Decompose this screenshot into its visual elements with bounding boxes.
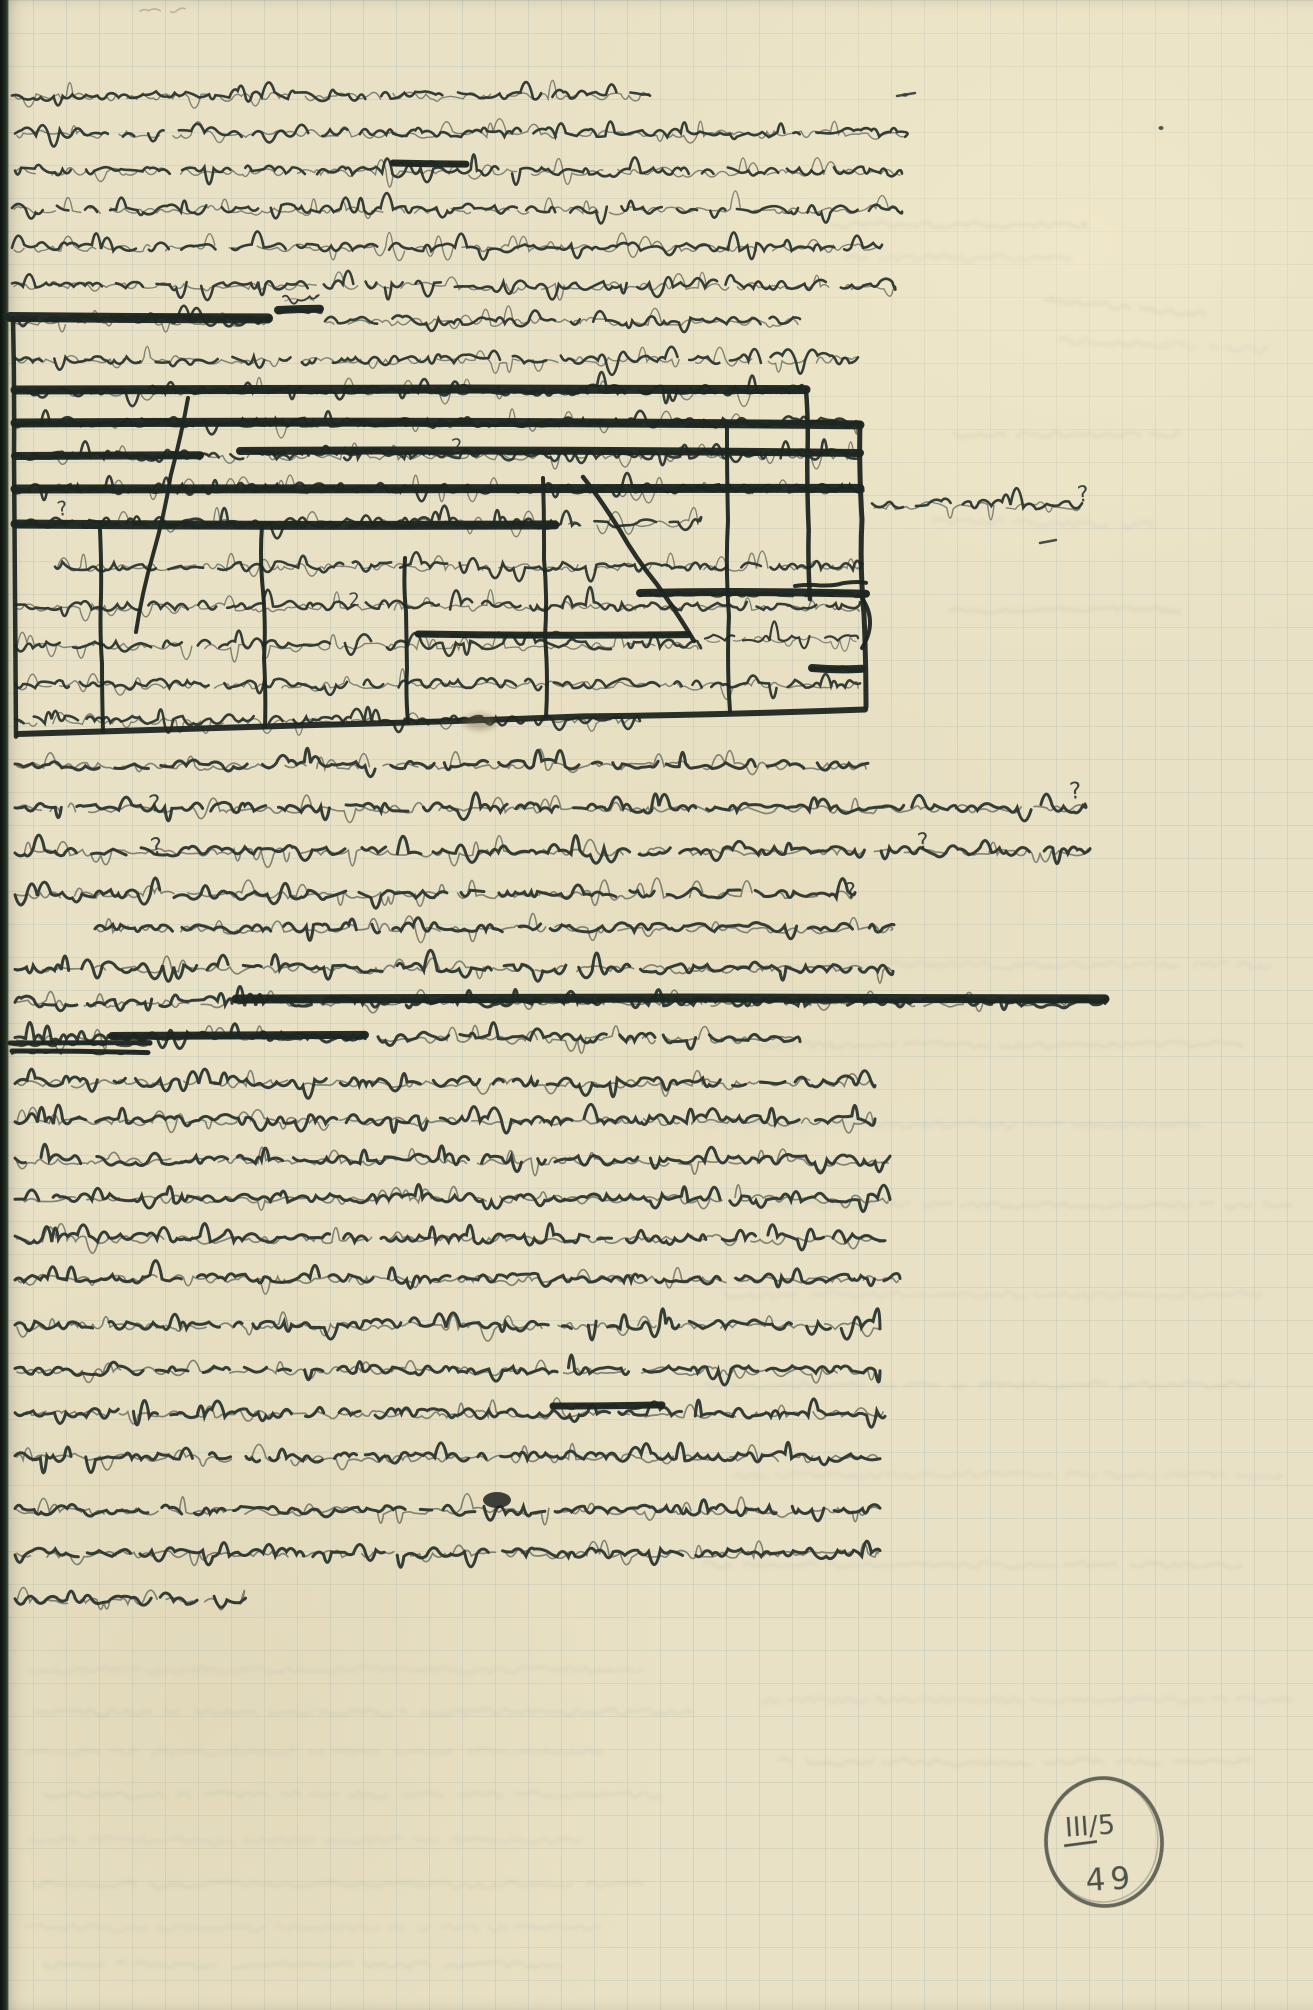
handwritten-mark: ?	[916, 829, 930, 855]
handwritten-mark: ?	[55, 496, 69, 521]
archive-stamp: III/5 49	[1042, 1774, 1167, 1910]
strikethrough-bars	[10, 162, 1107, 1408]
handwritten-mark: 2	[450, 435, 464, 457]
manuscript-page: ???????22 III/5 49	[0, 0, 1313, 2010]
handwritten-mark: ?	[1068, 778, 1082, 805]
handwritten-mark: ?	[1076, 482, 1090, 508]
bleedthrough-ghost-writing	[25, 221, 1291, 1967]
handwritten-mark: ?	[147, 790, 163, 817]
handwritten-mark: ?	[843, 879, 858, 905]
handwriting-lines	[12, 80, 1107, 1609]
handwritten-mark: 2	[348, 589, 361, 611]
stamp-signature-top: III/5	[1064, 1809, 1116, 1843]
ink-layer: ???????22 III/5 49	[0, 0, 1313, 2010]
stamp-signature-bottom: 49	[1084, 1860, 1136, 1899]
handwritten-mark: ?	[149, 833, 166, 861]
ink-marks: ???????22	[55, 8, 1163, 1508]
